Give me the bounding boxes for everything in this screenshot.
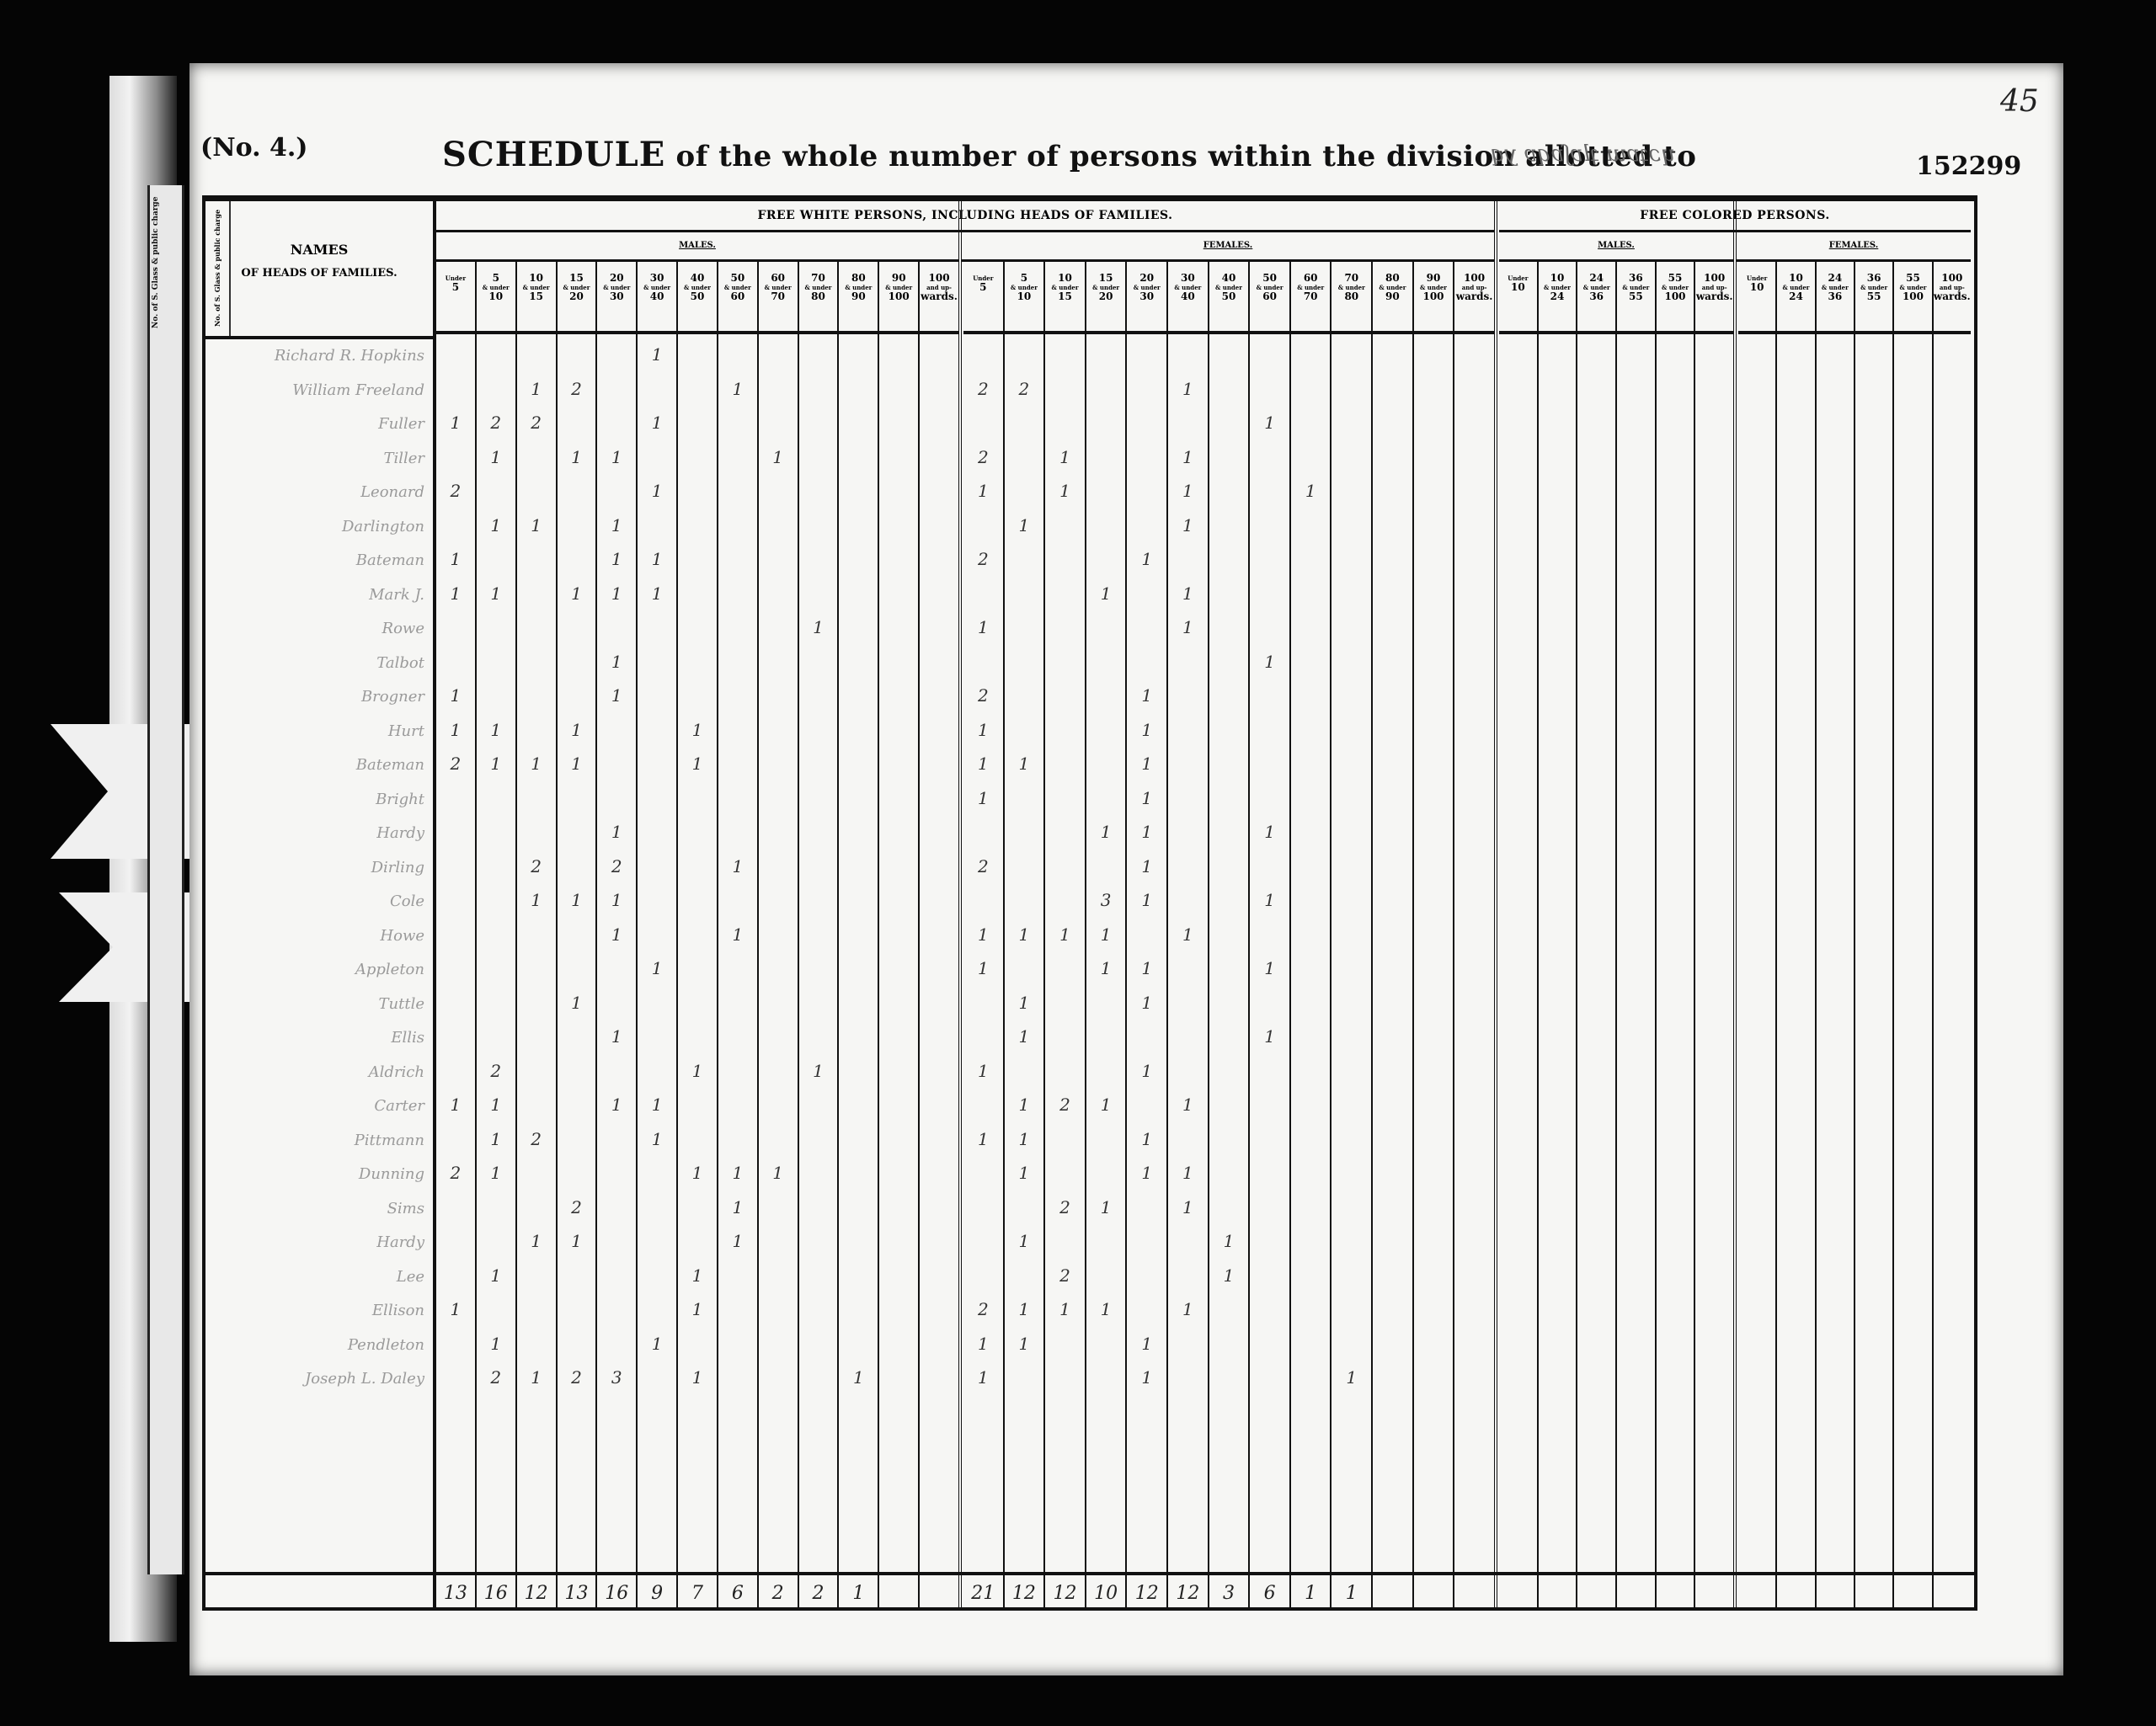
tally-cell	[1005, 679, 1044, 713]
tally-cell	[678, 850, 717, 884]
tally-cell	[558, 338, 596, 372]
tally-cell	[839, 1191, 878, 1225]
tally-cell	[1291, 679, 1331, 713]
tally-cell	[638, 883, 676, 918]
age-header-bot: 36	[1577, 292, 1615, 301]
age-column-header: 30& under40	[638, 262, 676, 334]
section-divider	[1494, 201, 1497, 1607]
tally-cell	[1454, 918, 1494, 952]
tally-cell	[879, 850, 918, 884]
age-column-header: 36& under55	[1855, 262, 1892, 334]
tally-cell	[558, 1054, 596, 1089]
section-divider	[1733, 201, 1737, 1607]
age-header-top: 55	[1894, 274, 1931, 283]
tally-cell	[638, 509, 676, 543]
tally-cell	[558, 1259, 596, 1293]
column-total: 1	[1291, 1583, 1331, 1604]
tally-cell: 1	[1168, 1156, 1208, 1191]
tally-cell: 1	[1045, 440, 1085, 475]
age-column: 55& under100	[1657, 262, 1696, 1607]
tally-cell: 1	[1086, 815, 1126, 850]
tally-cell	[1291, 951, 1331, 986]
tally-cell: 1	[477, 1088, 515, 1122]
tally-cell: 1	[517, 883, 556, 918]
tally-cell	[879, 951, 918, 986]
tally-cell	[839, 850, 878, 884]
tally-cell	[1250, 542, 1289, 577]
free-colored-females-label: FEMALES.	[1737, 232, 1971, 262]
tally-cell	[1454, 1088, 1494, 1122]
tally-cell: 1	[436, 577, 475, 611]
tally-cell	[799, 372, 838, 407]
age-header-bot: 30	[1127, 292, 1166, 301]
tally-cell	[1127, 610, 1166, 645]
tally-cell	[1045, 509, 1085, 543]
tally-cell	[879, 1292, 918, 1327]
tally-cell	[558, 474, 596, 509]
tally-cell	[799, 951, 838, 986]
age-header-bot: 90	[1373, 292, 1412, 301]
tally-cell	[879, 986, 918, 1020]
tally-cell: 1	[1250, 645, 1289, 679]
tally-cell: 1	[1127, 951, 1166, 986]
tally-cell: 1	[963, 1327, 1003, 1361]
tally-cell	[718, 610, 757, 645]
age-header-bot: wards.	[1934, 292, 1971, 301]
age-column: 100and up-wards.	[1454, 262, 1494, 1607]
age-header-top: 30	[638, 274, 676, 283]
tally-cell	[1414, 986, 1454, 1020]
tally-cell	[597, 951, 636, 986]
tally-cell: 2	[963, 542, 1003, 577]
age-column: 55& under100	[1894, 262, 1933, 1607]
tally-cell: 1	[1005, 986, 1044, 1020]
tally-cell	[1250, 1156, 1289, 1191]
tally-cell	[1291, 1156, 1331, 1191]
tally-cell	[1331, 679, 1371, 713]
tally-cell	[678, 577, 717, 611]
tally-cell: 1	[963, 610, 1003, 645]
tally-cell	[1250, 372, 1289, 407]
free-white-females-label: FEMALES.	[962, 232, 1494, 262]
tally-cell: 1	[963, 918, 1003, 952]
tally-cell	[1005, 781, 1044, 816]
tally-cell	[1086, 1020, 1126, 1054]
tally-cell	[1454, 986, 1494, 1020]
tally-cell	[799, 542, 838, 577]
age-header-bot: 5	[436, 283, 475, 292]
tally-cell	[1045, 645, 1085, 679]
tally-cell	[759, 542, 798, 577]
tally-cell: 1	[678, 713, 717, 748]
head-of-family-name: Bright	[229, 783, 431, 818]
tally-cell	[839, 986, 878, 1020]
tally-cell	[1291, 850, 1331, 884]
age-column-header: 70& under80	[799, 262, 838, 334]
tally-cell	[839, 509, 878, 543]
tally-cell	[678, 338, 717, 372]
tally-cell	[1005, 850, 1044, 884]
folio-number: 45	[2000, 84, 2039, 119]
tally-cell	[920, 918, 958, 952]
tally-cell	[718, 1292, 757, 1327]
tally-cell	[879, 542, 918, 577]
tally-cell: 1	[718, 1156, 757, 1191]
age-column: 24& under36	[1817, 262, 1855, 1607]
tally-cell	[879, 918, 918, 952]
tally-cell: 1	[597, 645, 636, 679]
tally-cell: 2	[477, 1054, 515, 1089]
tally-cell	[799, 850, 838, 884]
tally-cell	[638, 781, 676, 816]
tally-cell	[1414, 713, 1454, 748]
tally-cell	[477, 815, 515, 850]
age-header-top: 100	[1454, 274, 1494, 283]
tally-cell	[1045, 1156, 1085, 1191]
tally-cell	[1005, 542, 1044, 577]
tally-cell	[1454, 815, 1494, 850]
age-header-top: 100	[920, 274, 958, 283]
tally-cell	[839, 406, 878, 440]
age-column-header: Under5	[963, 262, 1003, 334]
tally-cell	[1086, 1054, 1126, 1089]
division-handwritten: ɥɔʇɐɯ ʇlɐʃɐqɐ yq	[1491, 141, 1675, 167]
age-header-top: 24	[1817, 274, 1854, 283]
age-column: 100and up-wards.	[920, 262, 958, 1607]
tally-cell: 1	[436, 713, 475, 748]
tally-cell	[1291, 542, 1331, 577]
age-column: 50& under601111116	[718, 262, 759, 1607]
age-header-bot: 100	[1894, 292, 1931, 301]
tally-cell	[558, 645, 596, 679]
tally-cell	[1373, 406, 1412, 440]
tally-cell	[517, 1327, 556, 1361]
age-header-bot: 80	[799, 292, 838, 301]
tally-cell	[1454, 1327, 1494, 1361]
tally-cell	[1454, 577, 1494, 611]
tally-cell: 1	[1168, 1292, 1208, 1327]
tally-cell	[1045, 610, 1085, 645]
form-number: (No. 4.)	[200, 133, 308, 162]
tally-cell	[1086, 1156, 1126, 1191]
tally-cell: 2	[963, 372, 1003, 407]
tally-cell	[1454, 509, 1494, 543]
age-column: 80& under9011	[839, 262, 879, 1607]
age-header-top: 15	[558, 274, 596, 283]
tally-cell	[477, 918, 515, 952]
tally-cell	[597, 1122, 636, 1157]
age-column: 5& under1021111111111112	[1005, 262, 1046, 1607]
tally-cell: 1	[1127, 747, 1166, 781]
tally-cell	[638, 1156, 676, 1191]
section-divider	[958, 201, 962, 1607]
tally-cell	[1250, 1361, 1289, 1395]
tally-cell	[517, 679, 556, 713]
tally-cell	[436, 610, 475, 645]
age-column-header: 90& under100	[1414, 262, 1454, 334]
tally-cell: 1	[436, 679, 475, 713]
tally-cell	[879, 1259, 918, 1293]
tally-cell	[678, 1020, 717, 1054]
tally-cell	[477, 883, 515, 918]
tally-cell: 1	[477, 509, 515, 543]
tally-cell	[1291, 338, 1331, 372]
tally-cell	[1127, 1224, 1166, 1259]
tally-cell	[638, 986, 676, 1020]
tally-cell	[1168, 951, 1208, 986]
tally-cell	[1373, 679, 1412, 713]
tally-cell: 1	[678, 1054, 717, 1089]
age-header-bot: 100	[1657, 292, 1694, 301]
age-column: 70& under80112	[799, 262, 840, 1607]
tally-cell	[1454, 440, 1494, 475]
tally-cell	[879, 1088, 918, 1122]
age-column-header: 50& under60	[1250, 262, 1289, 334]
age-header-top: 40	[678, 274, 717, 283]
age-column-header: Under10	[1499, 262, 1537, 334]
tally-cell: 1	[963, 747, 1003, 781]
tally-cell	[759, 610, 798, 645]
tally-cell	[1168, 815, 1208, 850]
tally-cell	[678, 1122, 717, 1157]
tally-cell	[1331, 1122, 1371, 1157]
tally-cell	[1209, 645, 1249, 679]
tally-cell	[759, 986, 798, 1020]
tally-cell	[517, 542, 556, 577]
tally-cell	[1373, 1259, 1412, 1293]
tally-cell	[1086, 781, 1126, 816]
tally-cell: 1	[963, 713, 1003, 748]
tally-cell	[517, 645, 556, 679]
tally-cell	[839, 713, 878, 748]
tally-cell	[517, 1156, 556, 1191]
tally-cell	[799, 1020, 838, 1054]
tally-cell	[1209, 883, 1249, 918]
tally-cell	[678, 781, 717, 816]
tally-cell	[1209, 509, 1249, 543]
tally-cell: 1	[477, 1156, 515, 1191]
tally-cell	[1331, 1156, 1371, 1191]
tally-cell	[759, 1224, 798, 1259]
tally-cell: 1	[963, 951, 1003, 986]
age-header-bot: 10	[1499, 283, 1537, 292]
tally-cell: 1	[1127, 1156, 1166, 1191]
tally-cell	[436, 986, 475, 1020]
tally-cell	[879, 1224, 918, 1259]
tally-cell	[963, 1088, 1003, 1122]
tally-cell: 2	[963, 679, 1003, 713]
tally-cell	[799, 781, 838, 816]
tally-cell	[1086, 1327, 1126, 1361]
tally-cell	[920, 542, 958, 577]
tally-cell	[638, 713, 676, 748]
age-column: 40& under5011111117	[678, 262, 718, 1607]
head-of-family-name: Leonard	[229, 476, 431, 510]
tally-cell	[759, 1054, 798, 1089]
column-total: 12	[1168, 1583, 1208, 1604]
tally-cell	[1291, 440, 1331, 475]
names-column: No. of S. Glass & public charge NAMES OF…	[205, 201, 436, 1607]
tally-cell	[597, 986, 636, 1020]
age-header-top: 90	[1414, 274, 1454, 283]
tally-cell	[1250, 1327, 1289, 1361]
tally-cell	[1209, 406, 1249, 440]
age-header-bot: 24	[1539, 292, 1577, 301]
tally-cell: 2	[477, 1361, 515, 1395]
tally-cell: 2	[558, 1361, 596, 1395]
tally-cell: 1	[759, 440, 798, 475]
tally-cell	[1373, 951, 1412, 986]
tally-cell	[1209, 577, 1249, 611]
tally-cell	[799, 406, 838, 440]
age-header-top: 5	[477, 274, 515, 283]
tally-cell	[1373, 747, 1412, 781]
tally-cell	[1127, 645, 1166, 679]
tally-cell	[839, 1020, 878, 1054]
tally-cell	[879, 1361, 918, 1395]
tally-cell	[920, 1191, 958, 1225]
tally-cell	[799, 474, 838, 509]
tally-cell	[1373, 440, 1412, 475]
tally-cell	[1331, 781, 1371, 816]
age-column-header: 15& under20	[1086, 262, 1126, 334]
tally-cell	[1209, 951, 1249, 986]
tally-cell	[1209, 610, 1249, 645]
tally-cell: 1	[1250, 883, 1289, 918]
tally-cell: 2	[597, 850, 636, 884]
tally-cell	[718, 338, 757, 372]
tally-cell: 1	[1005, 1292, 1044, 1327]
tally-cell	[1414, 1292, 1454, 1327]
tally-cell: 1	[477, 713, 515, 748]
tally-cell: 1	[1005, 1088, 1044, 1122]
tally-cell	[638, 1054, 676, 1089]
tally-cell: 1	[436, 542, 475, 577]
tally-cell	[1045, 713, 1085, 748]
tally-cell	[1045, 577, 1085, 611]
tally-cell	[1168, 679, 1208, 713]
age-column: 80& under90	[1373, 262, 1414, 1607]
tally-cell: 1	[1005, 1156, 1044, 1191]
age-column: 20& under3011111111111111112	[1127, 262, 1168, 1607]
tally-cell	[1209, 1191, 1249, 1225]
age-column: 36& under55	[1617, 262, 1657, 1607]
age-column-header: 100and up-wards.	[1695, 262, 1733, 334]
tally-cell	[759, 406, 798, 440]
tally-cell	[436, 951, 475, 986]
age-column-header: 55& under100	[1657, 262, 1694, 334]
tally-cell: 1	[1168, 372, 1208, 407]
age-column-header: 80& under90	[839, 262, 878, 334]
tally-cell	[1373, 1361, 1412, 1395]
tally-cell	[638, 747, 676, 781]
tally-cell: 1	[1127, 815, 1166, 850]
free-colored-males-columns: Under1010& under2424& under3636& under55…	[1499, 262, 1733, 1607]
age-column: 40& under50113	[1209, 262, 1251, 1607]
tally-cell: 1	[759, 1156, 798, 1191]
free-white-males-columns: Under51211112121135& under10211111211111…	[436, 262, 958, 1607]
age-column-header: 10& under24	[1777, 262, 1814, 334]
tally-cell	[1209, 679, 1249, 713]
head-of-family-name: Cole	[229, 885, 431, 919]
tally-cell	[1291, 610, 1331, 645]
head-of-family-name: Pittmann	[229, 1124, 431, 1159]
tally-cell	[436, 918, 475, 952]
column-total: 6	[1250, 1583, 1289, 1604]
tally-cell	[638, 1191, 676, 1225]
age-header-bot: 60	[718, 292, 757, 301]
tally-cell	[799, 883, 838, 918]
tally-cell: 2	[963, 1292, 1003, 1327]
tally-cell	[718, 713, 757, 748]
tally-cell	[799, 1327, 838, 1361]
tally-cell	[920, 610, 958, 645]
tally-cell	[1250, 1191, 1289, 1225]
tally-cell	[718, 951, 757, 986]
tally-cell: 1	[597, 542, 636, 577]
tally-cell: 1	[1250, 815, 1289, 850]
tally-cell	[759, 1191, 798, 1225]
tally-cell	[879, 509, 918, 543]
tally-cell	[879, 440, 918, 475]
tally-cell	[718, 815, 757, 850]
tally-cell	[477, 986, 515, 1020]
tally-cell	[1373, 1156, 1412, 1191]
tally-cell	[477, 542, 515, 577]
tally-cell	[799, 1191, 838, 1225]
tally-cell	[477, 1292, 515, 1327]
tally-cell	[1454, 338, 1494, 372]
tally-cell	[436, 1259, 475, 1293]
age-column-header: 20& under30	[597, 262, 636, 334]
age-column: Under10	[1738, 262, 1777, 1607]
age-column: 5& under10211111211111216	[477, 262, 517, 1607]
tally-cell	[1005, 815, 1044, 850]
tally-cell	[1127, 440, 1166, 475]
tally-cell	[1331, 406, 1371, 440]
tally-cell	[920, 338, 958, 372]
tally-cell	[1454, 1156, 1494, 1191]
tally-cell	[1331, 713, 1371, 748]
column-total: 1	[839, 1583, 878, 1604]
tally-cell	[1414, 747, 1454, 781]
tally-cell	[1373, 1327, 1412, 1361]
tally-cell	[558, 1156, 596, 1191]
tally-cell	[718, 679, 757, 713]
previous-page-edge	[147, 185, 184, 1574]
tally-cell	[799, 645, 838, 679]
tally-cell	[477, 850, 515, 884]
tally-cell	[1045, 338, 1085, 372]
tally-cell	[1291, 1054, 1331, 1089]
tally-cell	[638, 679, 676, 713]
tally-cell	[799, 1088, 838, 1122]
tally-cell	[759, 1122, 798, 1157]
tally-cell	[1250, 713, 1289, 748]
tally-cell	[1291, 406, 1331, 440]
age-column-header: 20& under30	[1127, 262, 1166, 334]
tally-cell	[678, 951, 717, 986]
tally-cell	[1454, 1020, 1494, 1054]
column-total: 12	[1005, 1583, 1044, 1604]
tally-cell	[963, 645, 1003, 679]
tally-cell	[1168, 1020, 1208, 1054]
tally-cell	[1086, 509, 1126, 543]
tally-cell	[1331, 883, 1371, 918]
age-header-bot: wards.	[920, 292, 958, 301]
tally-cell	[920, 406, 958, 440]
tally-cell	[1086, 1259, 1126, 1293]
